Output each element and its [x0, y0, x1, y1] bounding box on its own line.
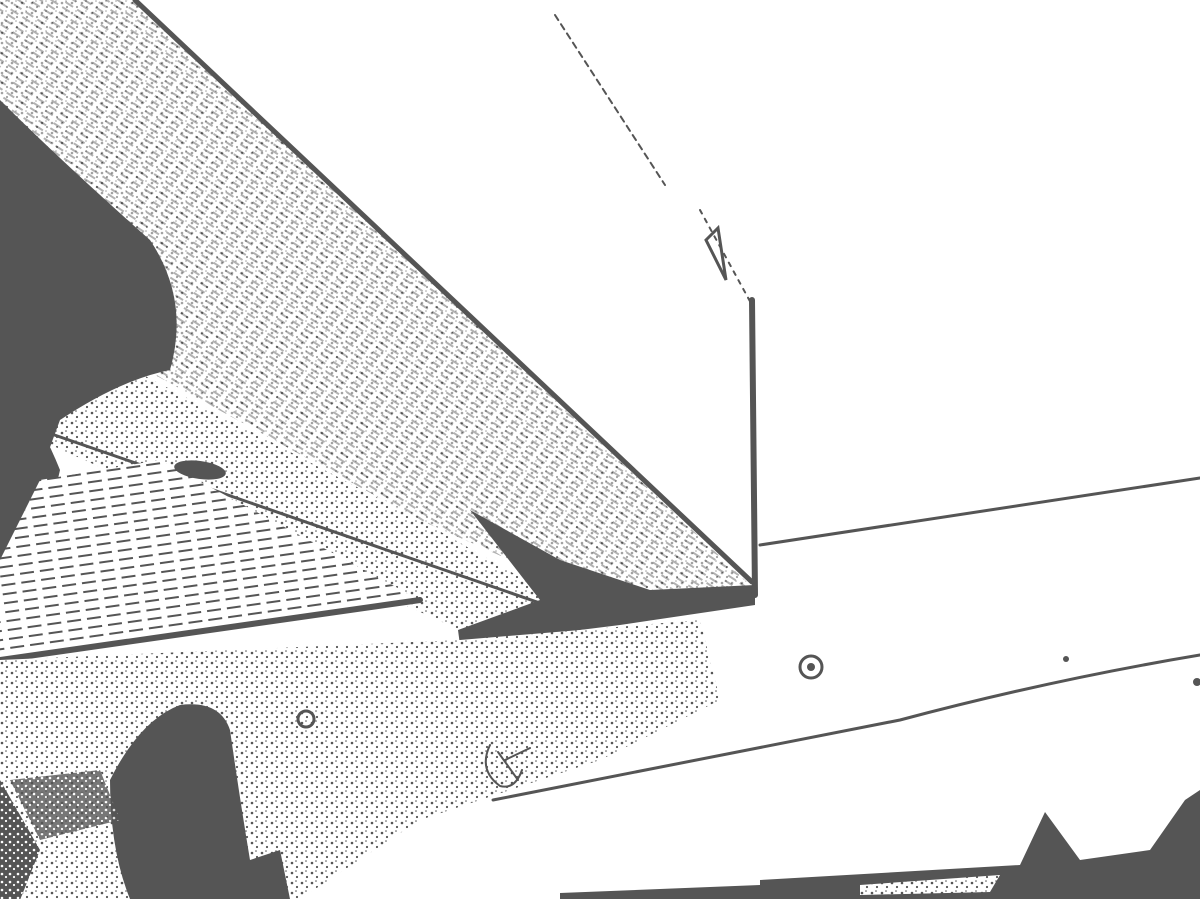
- beam-top-edge: [760, 478, 1200, 545]
- triangle-mark: [706, 228, 726, 280]
- beam-speckle: [0, 620, 720, 899]
- beam-photo: .ink { fill: #555555; } .line { stroke: …: [0, 0, 1200, 899]
- sawtooth-bracket: [560, 790, 1200, 899]
